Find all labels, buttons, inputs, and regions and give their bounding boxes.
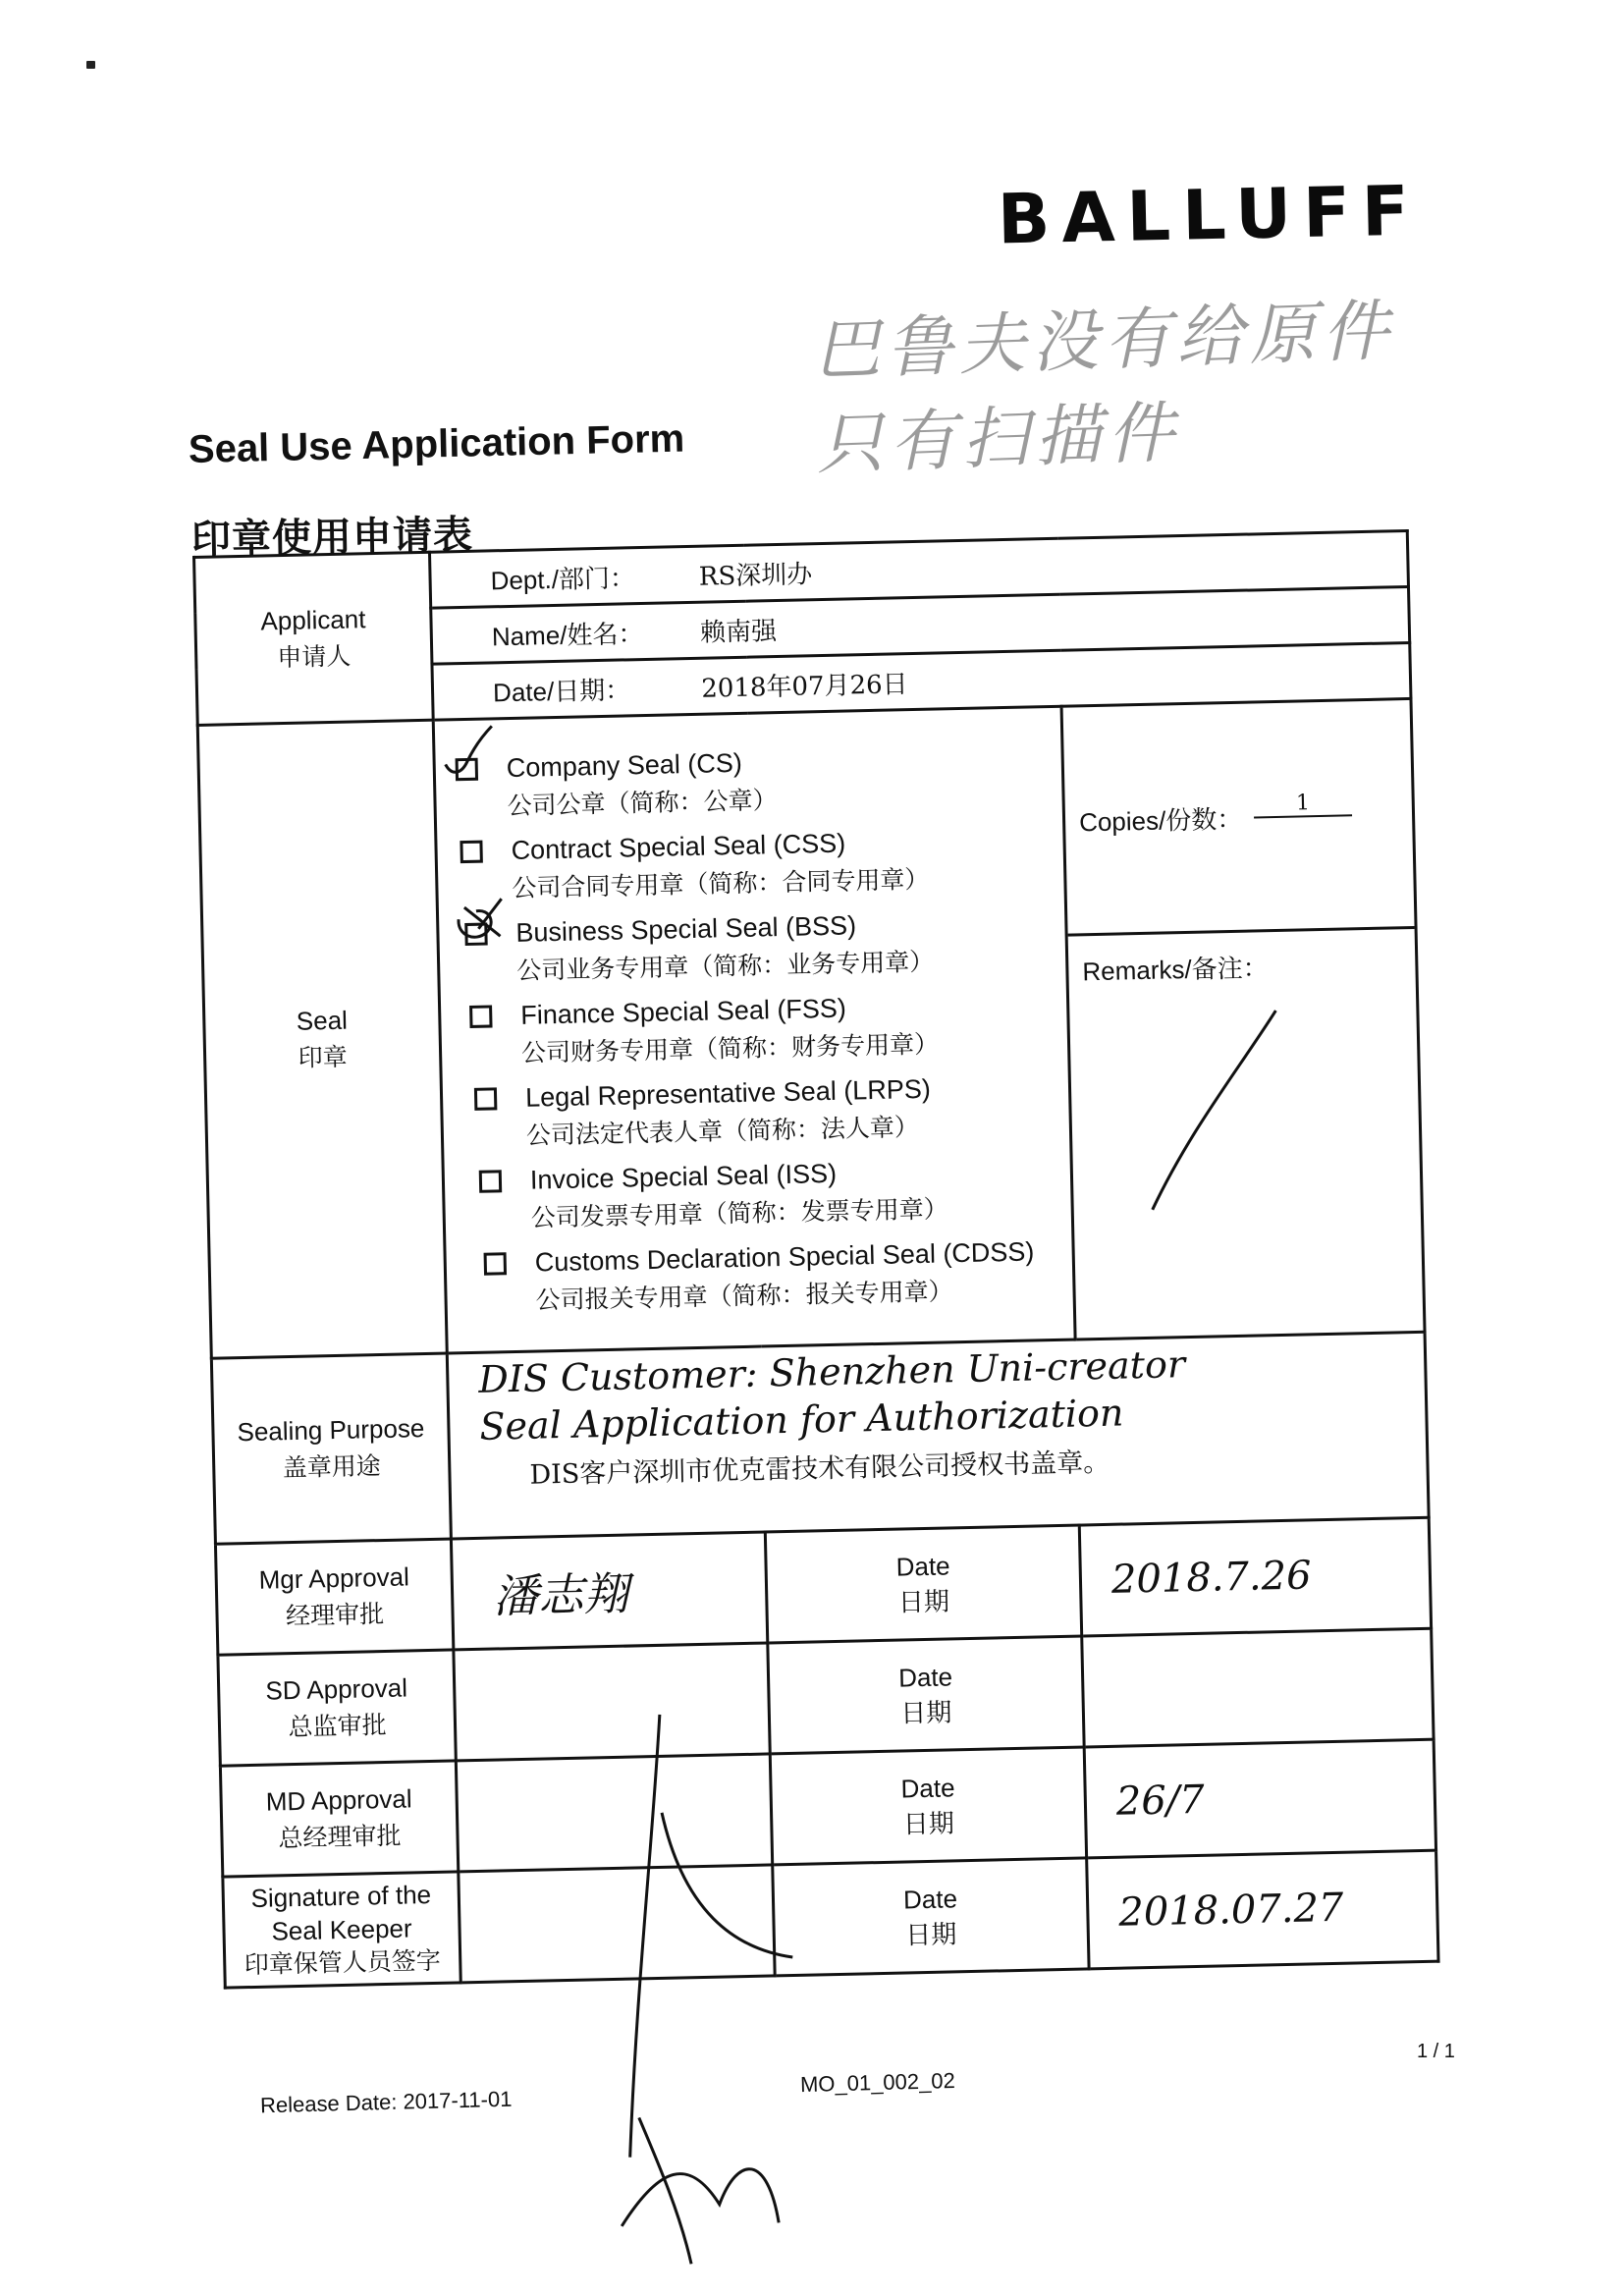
md-date-value: 26/7	[1086, 1773, 1434, 1826]
approval-label-en: SD Approval	[220, 1667, 454, 1710]
checked-checkbox-icon[interactable]	[456, 758, 478, 781]
sd-signature	[457, 1699, 768, 1706]
keeper-date-field[interactable]: 2018.07.27	[1087, 1850, 1438, 1969]
seal-options-list: Company Seal (CS)公司公章（简称：公章）Contract Spe…	[433, 706, 1075, 1353]
keeper-label: Signature of the Seal Keeper 印章保管人员签字	[223, 1872, 460, 1988]
mgr-date-field[interactable]: 2018.7.26	[1079, 1517, 1431, 1636]
handwritten-note-line: 只有扫描件	[815, 379, 1399, 494]
checked-checkbox-icon[interactable]	[464, 923, 487, 946]
keeper-date-value: 2018.07.27	[1089, 1884, 1436, 1937]
seal-option[interactable]: Invoice Special Seal (ISS)公司发票专用章（简称：发票专…	[479, 1150, 1072, 1239]
seal-option[interactable]: Finance Special Seal (FSS)公司财务专用章（简称：财务专…	[469, 985, 1068, 1074]
remarks-strike-line	[1128, 1000, 1329, 1239]
applicant-label-en: Applicant	[196, 599, 430, 641]
remarks-field[interactable]: Remarks/备注：	[1068, 929, 1423, 1283]
date-label: Date/日期：	[493, 668, 695, 708]
checkbox-icon[interactable]	[460, 841, 482, 863]
checkbox-icon[interactable]	[474, 1087, 497, 1110]
form-title-en: Seal Use Application Form	[188, 417, 684, 472]
seal-side-cell: Copies/份数： 1 Remarks/备注：	[1061, 698, 1425, 1339]
release-date: Release Date: 2017-11-01	[260, 2087, 513, 2119]
document-code: MO_01_002_02	[800, 2068, 955, 2098]
date-value: 2018年07月26日	[701, 670, 908, 704]
form-table: Applicant 申请人 Dept./部门： RS深圳办 Name/姓名： 赖…	[192, 529, 1440, 1990]
remarks-label: Remarks/备注：	[1082, 953, 1269, 986]
keeper-signature-field[interactable]	[459, 1865, 775, 1983]
purpose-label-en: Sealing Purpose	[214, 1409, 448, 1451]
applicant-label-cn: 申请人	[197, 636, 431, 679]
approval-label-en: MD Approval	[222, 1778, 456, 1821]
mgr-date-label: Date 日期	[765, 1525, 1081, 1643]
keeper-date-label: Date 日期	[773, 1858, 1089, 1976]
balluff-logo: BALLUFF	[997, 170, 1421, 259]
mgr-date-value: 2018.7.26	[1081, 1551, 1429, 1604]
date-label-cn: 日期	[768, 1581, 1080, 1623]
checkbox-icon[interactable]	[484, 1252, 507, 1275]
md-date-field[interactable]: 26/7	[1084, 1739, 1435, 1858]
copies-field[interactable]: Copies/份数： 1	[1063, 700, 1415, 937]
checkbox-icon[interactable]	[469, 1005, 492, 1027]
copies-label: Copies/份数：	[1079, 798, 1243, 839]
seal-label-en: Seal	[205, 1000, 439, 1042]
mgr-signature: 潘志翔	[453, 1556, 765, 1627]
applicant-label-cell: Applicant 申请人	[194, 552, 434, 725]
seal-option[interactable]: Business Special Seal (BSS)公司业务专用章（简称：业务…	[464, 902, 1066, 992]
dept-value: RS深圳办	[698, 560, 812, 592]
md-signature	[459, 1809, 770, 1816]
seal-label-cell: Seal 印章	[197, 720, 447, 1358]
approval-label-cn: 总监审批	[221, 1705, 455, 1747]
seal-option[interactable]: Contract Special Seal (CSS)公司合同专用章（简称：合同…	[460, 820, 1064, 909]
scan-speck	[86, 61, 95, 69]
md-signature-field[interactable]	[456, 1754, 772, 1872]
dept-label: Dept./部门：	[490, 556, 692, 596]
keeper-signature	[461, 1920, 773, 1927]
approval-label-cn: 印章保管人员签字	[226, 1943, 460, 1982]
seal-option[interactable]: Customs Declaration Special Seal (CDSS)公…	[483, 1232, 1073, 1322]
copies-value: 1	[1254, 790, 1353, 818]
date-label-cn: 日期	[775, 1913, 1087, 1955]
approval-label-en: Mgr Approval	[217, 1558, 451, 1600]
md-date-label: Date 日期	[770, 1747, 1086, 1865]
approval-label-cn: 经理审批	[218, 1595, 452, 1637]
sd-signature-field[interactable]	[454, 1643, 770, 1761]
approval-label-cn: 总经理审批	[223, 1816, 457, 1858]
purpose-field[interactable]: DIS Customer: Shenzhen Uni-creator Seal …	[447, 1332, 1429, 1539]
scanned-document-page: BALLUFF 巴鲁夫没有给原件 只有扫描件 Seal Use Applicat…	[0, 0, 1624, 2296]
approval-label-en: Signature of the Seal Keeper	[224, 1877, 458, 1948]
md-approval-label: MD Approval 总经理审批	[220, 1761, 458, 1877]
name-label: Name/姓名：	[491, 612, 693, 652]
purpose-label-cell: Sealing Purpose 盖章用途	[211, 1353, 451, 1544]
purpose-label-cn: 盖章用途	[215, 1447, 449, 1489]
seal-option[interactable]: Legal Representative Seal (LRPS)公司法定代表人章…	[474, 1067, 1070, 1157]
page-number: 1 / 1	[1417, 2041, 1455, 2063]
seal-option[interactable]: Company Seal (CS)公司公章（简称：公章）	[455, 738, 1062, 827]
name-value: 赖南强	[700, 617, 778, 648]
date-label-cn: 日期	[773, 1802, 1085, 1844]
seal-label-cn: 印章	[206, 1037, 440, 1079]
sd-approval-label: SD Approval 总监审批	[218, 1650, 456, 1766]
seal-application-form: Applicant 申请人 Dept./部门： RS深圳办 Name/姓名： 赖…	[192, 529, 1438, 2049]
mgr-approval-label: Mgr Approval 经理审批	[215, 1539, 453, 1655]
sd-date-value	[1084, 1684, 1431, 1692]
checkbox-icon[interactable]	[479, 1170, 502, 1192]
mgr-signature-field[interactable]: 潘志翔	[451, 1532, 767, 1650]
handwritten-note: 巴鲁夫没有给原件 只有扫描件	[812, 285, 1399, 494]
sd-date-label: Date 日期	[768, 1636, 1084, 1754]
date-label-cn: 日期	[771, 1692, 1083, 1734]
sd-date-field[interactable]	[1082, 1628, 1434, 1747]
